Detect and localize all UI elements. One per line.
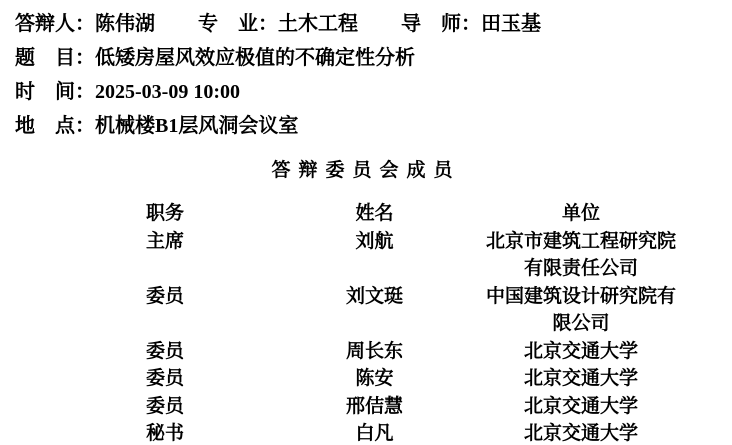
location-value: 机械楼B1层风洞会议室 — [95, 115, 298, 137]
time-label: 时 间： — [15, 81, 95, 103]
table-row-member-2: 委员 周长东 北京交通大学 — [0, 338, 732, 366]
field-time: 时 间：2025-03-09 10:00 — [15, 81, 240, 103]
time-value: 2025-03-09 10:00 — [95, 81, 240, 103]
cell-organization: 中国建筑设计研究院有限公司 — [482, 283, 680, 338]
cell-role: 委员 — [63, 365, 267, 393]
table-row-member-1: 委员 刘文珽 中国建筑设计研究院有限公司 — [0, 283, 732, 338]
advisor-label: 导 师： — [401, 13, 481, 35]
info-line-defender: 答辩人：陈伟湖 专 业：土木工程 导 师：田玉基 — [15, 7, 732, 41]
field-advisor: 导 师：田玉基 — [401, 13, 541, 35]
defense-info-block: 答辩人：陈伟湖 专 业：土木工程 导 师：田玉基 题 目：低矮房屋风效应极值的不… — [0, 7, 732, 143]
major-label: 专 业： — [198, 13, 278, 35]
cell-name: 刘航 — [267, 228, 482, 283]
info-line-thesis-title: 题 目：低矮房屋风效应极值的不确定性分析 — [15, 41, 732, 75]
advisor-value: 田玉基 — [481, 13, 541, 35]
cell-name: 陈安 — [267, 365, 482, 393]
table-row-chairman: 主席 刘航 北京市建筑工程研究院有限责任公司 — [0, 228, 732, 283]
cell-name: 白凡 — [267, 420, 482, 445]
defender-value: 陈伟湖 — [95, 13, 155, 35]
cell-name: 刘文珽 — [267, 283, 482, 338]
field-thesis-title: 题 目：低矮房屋风效应极值的不确定性分析 — [15, 47, 415, 69]
cell-organization: 北京交通大学 — [482, 338, 680, 366]
table-header-row: 职务 姓名 单位 — [0, 200, 732, 228]
cell-role: 委员 — [63, 283, 267, 338]
cell-name: 周长东 — [267, 338, 482, 366]
cell-name: 邢佶慧 — [267, 393, 482, 421]
cell-role: 秘书 — [63, 420, 267, 445]
cell-role: 委员 — [63, 338, 267, 366]
cell-organization: 北京交通大学 — [482, 393, 680, 421]
cell-organization: 北京交通大学 — [482, 420, 680, 445]
field-major: 专 业：土木工程 — [198, 13, 363, 35]
thesis-title-value: 低矮房屋风效应极值的不确定性分析 — [95, 47, 415, 69]
cell-role: 主席 — [63, 228, 267, 283]
field-location: 地 点：机械楼B1层风洞会议室 — [15, 115, 298, 137]
table-row-member-4: 委员 邢佶慧 北京交通大学 — [0, 393, 732, 421]
column-header-organization: 单位 — [482, 200, 680, 228]
major-value: 土木工程 — [278, 13, 358, 35]
field-defender: 答辩人：陈伟湖 — [15, 13, 160, 35]
cell-organization: 北京市建筑工程研究院有限责任公司 — [482, 228, 680, 283]
thesis-title-label: 题 目： — [15, 47, 95, 69]
table-row-member-3: 委员 陈安 北京交通大学 — [0, 365, 732, 393]
column-header-name: 姓名 — [267, 200, 482, 228]
cell-organization: 北京交通大学 — [482, 365, 680, 393]
column-header-role: 职务 — [63, 200, 267, 228]
committee-table: 职务 姓名 单位 主席 刘航 北京市建筑工程研究院有限责任公司 委员 刘文珽 中… — [0, 200, 732, 445]
defense-announcement-document: 答辩人：陈伟湖 专 业：土木工程 导 师：田玉基 题 目：低矮房屋风效应极值的不… — [0, 0, 732, 445]
table-row-secretary: 秘书 白凡 北京交通大学 — [0, 420, 732, 445]
location-label: 地 点： — [15, 115, 95, 137]
cell-role: 委员 — [63, 393, 267, 421]
info-line-time: 时 间：2025-03-09 10:00 — [15, 75, 732, 109]
committee-section-title: 答辩委员会成员 — [0, 157, 732, 185]
info-line-location: 地 点：机械楼B1层风洞会议室 — [15, 109, 732, 143]
defender-label: 答辩人： — [15, 13, 95, 35]
